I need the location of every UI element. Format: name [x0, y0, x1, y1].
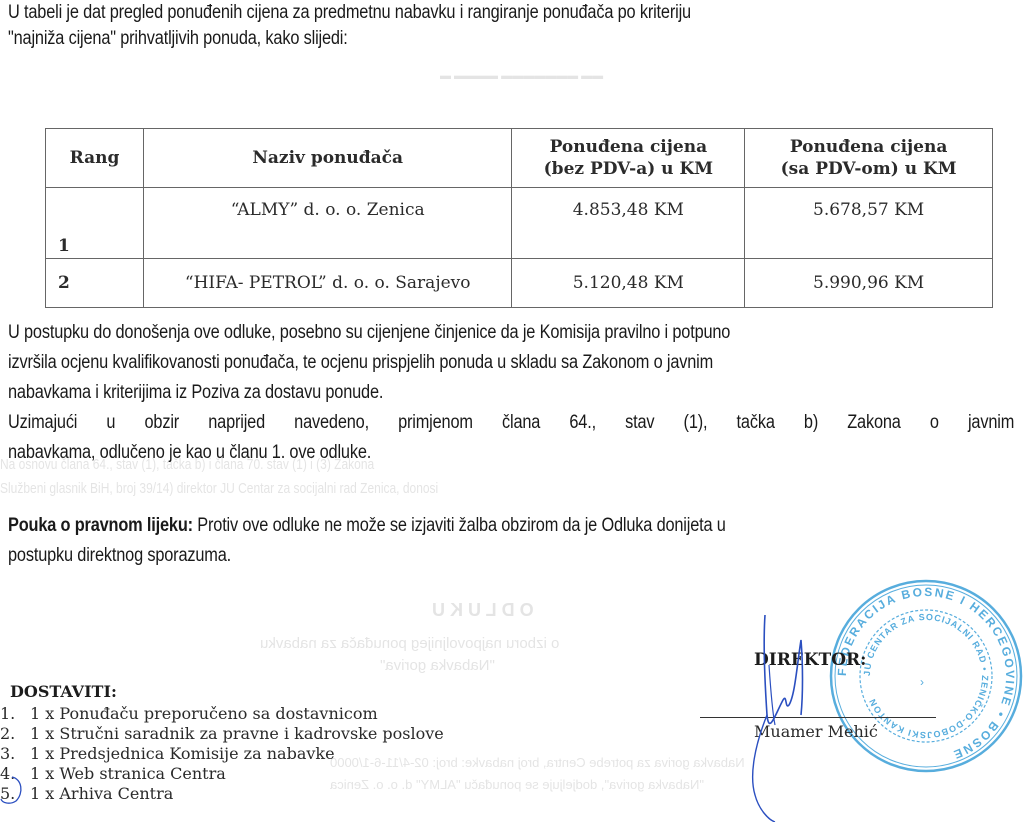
paragraph-2-words: Uzimajućiuobzirnaprijednavedeno,primjeno…	[8, 412, 1014, 434]
word: Zakona	[847, 412, 900, 434]
cell-price-vat: 5.678,57 KM	[745, 188, 993, 259]
word: primjenom	[398, 412, 473, 434]
table-row: 2 “HIFA- PETROL” d. o. o. Sarajevo 5.120…	[46, 259, 993, 308]
word: tačka	[737, 412, 775, 434]
word: stav	[625, 412, 654, 434]
svg-text:JU CENTAR ZA SOCIJALNI RAD • Z: JU CENTAR ZA SOCIJALNI RAD • ZENIČKO-DOB…	[862, 612, 990, 740]
paragraph-1-line-3: nabavkama i kriterijima iz Poziva za dos…	[8, 382, 383, 404]
word: člana	[502, 412, 540, 434]
word: navedeno,	[294, 412, 369, 434]
delivery-title: DOSTAVITI:	[10, 682, 117, 701]
handwritten-circle-mark-icon	[0, 775, 24, 805]
delivery-item-number: 2.	[0, 724, 30, 744]
handwritten-signature-icon	[745, 605, 855, 822]
ghost-text: Službeni glasnik BiH, broj 39/14) direkt…	[0, 480, 438, 497]
paragraph-1-line-1: U postupku do donošenja ove odluke, pose…	[8, 322, 730, 344]
ghost-text: ▬ ▬▬▬▬ ▬▬▬▬▬▬▬ ▬▬	[440, 70, 603, 82]
delivery-item-number: 3.	[0, 744, 30, 764]
header-price-vat-line2: (sa PDV-om) u KM	[751, 158, 986, 180]
delivery-item-text: 1 x Stručni saradnik za pravne i kadrovs…	[30, 724, 444, 743]
header-price-vat: Ponuđena cijena (sa PDV-om) u KM	[745, 129, 993, 188]
word: (1),	[684, 412, 708, 434]
cell-rank: 2	[46, 259, 144, 308]
delivery-item-text: 1 x Ponuđaču preporučeno sa dostavnicom	[30, 704, 378, 723]
delivery-item: 5.1 x Arhiva Centra	[0, 784, 444, 804]
table-header-row: Rang Naziv ponuđača Ponuđena cijena (bez…	[46, 129, 993, 188]
legal-remedy-label: Pouka o pravnom lijeku:	[8, 515, 193, 536]
delivery-item-text: 1 x Arhiva Centra	[30, 784, 173, 803]
cell-price-vat: 5.990,96 KM	[745, 259, 993, 308]
word: javnim	[968, 412, 1014, 434]
delivery-item-number: 1.	[0, 704, 30, 724]
paragraph-2-line-1: Uzimajućiuobzirnaprijednavedeno,primjeno…	[8, 412, 1014, 434]
header-price-no-vat: Ponuđena cijena (bez PDV-a) u KM	[512, 129, 745, 188]
offers-table: Rang Naziv ponuđača Ponuđena cijena (bez…	[45, 128, 993, 308]
word: b)	[804, 412, 818, 434]
delivery-item: 1.1 x Ponuđaču preporučeno sa dostavnico…	[0, 704, 444, 724]
ghost-text: o izboru najpovoljnijeg ponuđača za naba…	[260, 635, 559, 652]
official-stamp-icon: FEDERACIJA BOSNE I HERCEGOVINE • BOSNE J…	[828, 578, 1024, 774]
word: Uzimajući	[8, 412, 77, 434]
svg-text:›: ›	[920, 675, 924, 689]
delivery-list: 1.1 x Ponuđaču preporučeno sa dostavnico…	[0, 704, 444, 804]
legal-remedy-line-2: postupku direktnog sporazuma.	[8, 545, 231, 567]
legal-remedy-text: Protiv ove odluke ne može se izjaviti ža…	[193, 515, 726, 536]
paragraph-1-line-2: izvršila ocjenu kvalifikovanosti ponuđač…	[8, 352, 713, 374]
legal-remedy-line-1: Pouka o pravnom lijeku: Protiv ove odluk…	[8, 515, 726, 537]
cell-price-no-vat: 5.120,48 KM	[512, 259, 745, 308]
cell-rank: 1	[46, 188, 144, 259]
header-price-no-vat-line2: (bez PDV-a) u KM	[518, 158, 738, 180]
word: 64.,	[569, 412, 596, 434]
delivery-item: 4.1 x Web stranica Centra	[0, 764, 444, 784]
delivery-item: 2.1 x Stručni saradnik za pravne i kadro…	[0, 724, 444, 744]
cell-bidder-name: “ALMY” d. o. o. Zenica	[143, 188, 512, 259]
header-bidder-name: Naziv ponuđača	[143, 129, 512, 188]
paragraph-2-line-2: nabavkama, odlučeno je kao u članu 1. ov…	[8, 442, 371, 464]
delivery-item-text: 1 x Predsjednica Komisije za nabavke	[30, 744, 335, 763]
header-price-vat-line1: Ponuđena cijena	[751, 136, 986, 158]
word: naprijed	[208, 412, 265, 434]
word: o	[930, 412, 939, 434]
cell-price-no-vat: 4.853,48 KM	[512, 188, 745, 259]
ghost-text: O D L U K U	[432, 600, 534, 621]
header-price-no-vat-line1: Ponuđena cijena	[518, 136, 738, 158]
table-row: 1 “ALMY” d. o. o. Zenica 4.853,48 KM 5.6…	[46, 188, 993, 259]
delivery-item: 3.1 x Predsjednica Komisije za nabavke	[0, 744, 444, 764]
ghost-text: "Nabavka goriva"	[380, 657, 495, 674]
header-rank: Rang	[46, 129, 144, 188]
word: obzir	[145, 412, 180, 434]
delivery-item-text: 1 x Web stranica Centra	[30, 764, 226, 783]
cell-bidder-name: “HIFA- PETROL” d. o. o. Sarajevo	[143, 259, 512, 308]
intro-line-1: U tabeli je dat pregled ponuđenih cijena…	[8, 2, 691, 24]
intro-line-2: "najniža cijena" prihvatljivih ponuda, k…	[8, 28, 348, 50]
word: u	[106, 412, 115, 434]
